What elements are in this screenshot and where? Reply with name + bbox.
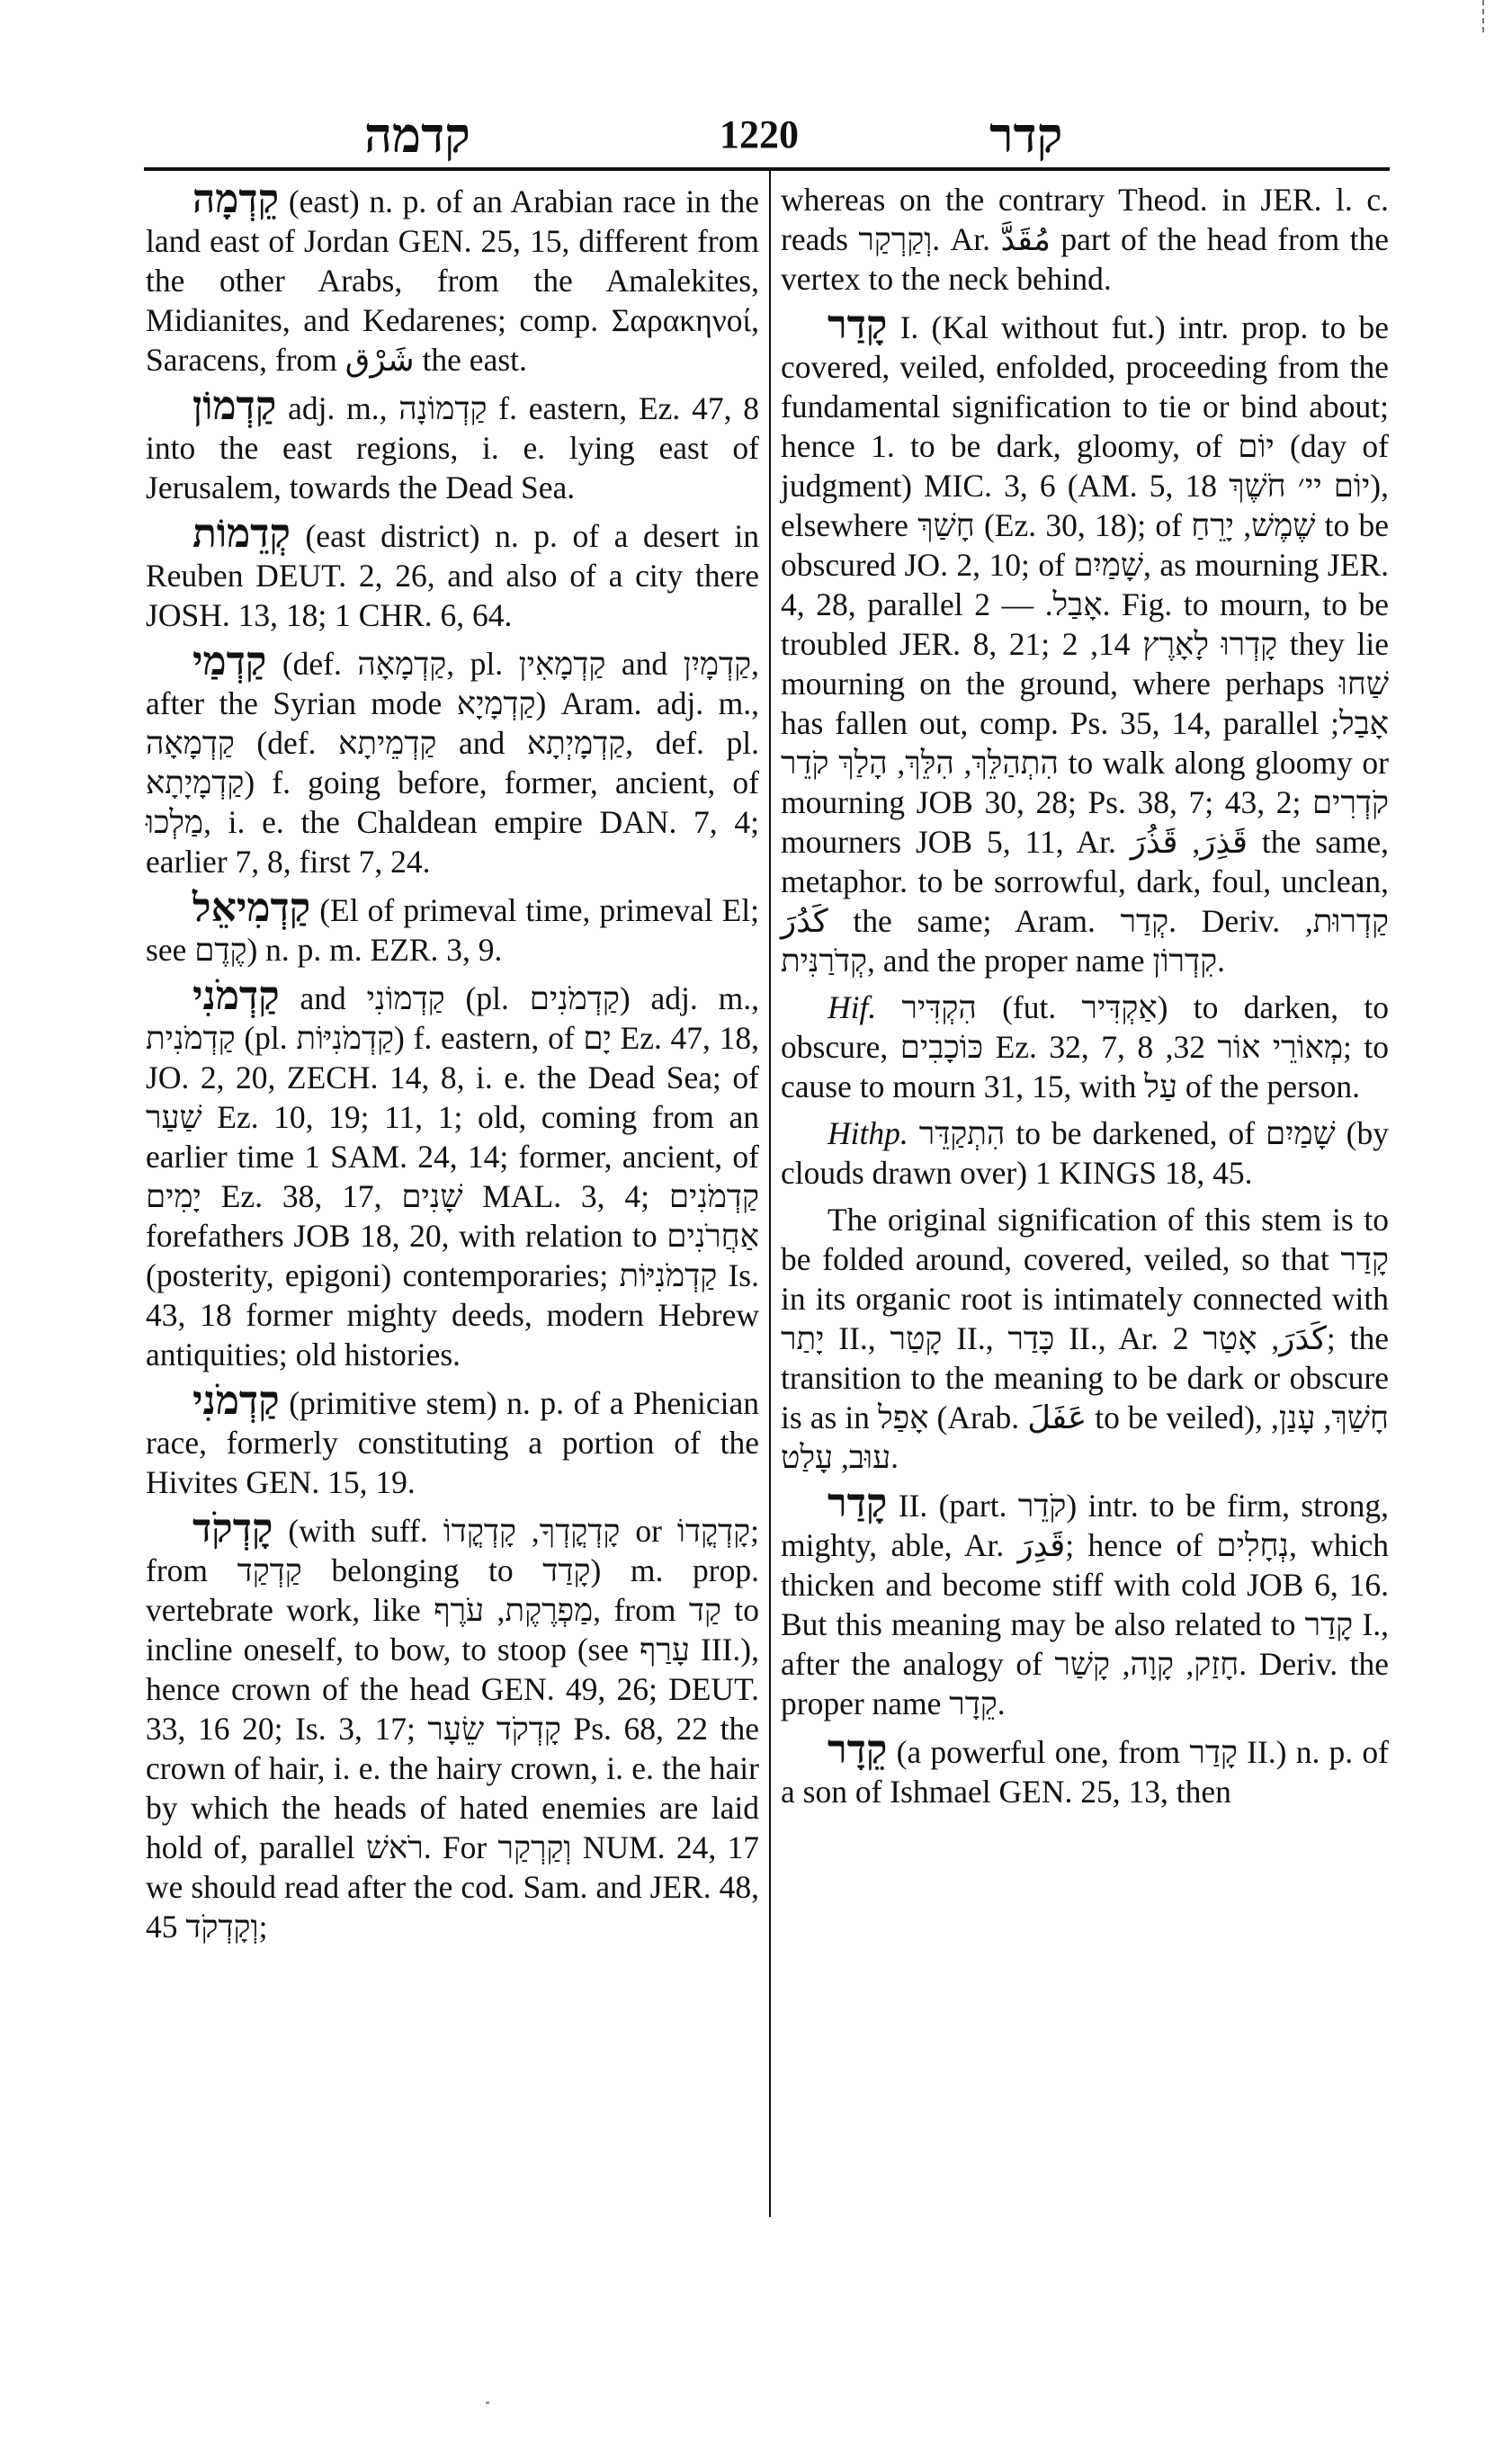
dictionary-entry: קָדַר II. (part. קֹדֵר) intr. to be firm… [781, 1484, 1389, 1723]
dictionary-entry: קַדְמֹנִי (primitive stem) n. p. of a Ph… [146, 1381, 759, 1502]
entry-headword: קַדְמֹנִי [192, 1378, 280, 1424]
dictionary-entry: קַדְמִיאֵל (El of primeval time, primeva… [146, 889, 759, 970]
entry-text: whereas on the contrary Theod. in JER. l… [781, 182, 1389, 297]
dictionary-subentry: Hif. הִקְדִּיר (fut. אַקְדִּיר) to darke… [781, 988, 1389, 1106]
entry-headword: קָדְקֹד [192, 1506, 273, 1551]
dictionary-entry-continuation: whereas on the contrary Theod. in JER. l… [781, 180, 1389, 299]
dictionary-entry: קֵדָר (a powerful one, from קָדַר II.) n… [781, 1730, 1389, 1811]
dictionary-subentry: Hithp. הִתְקַדֵּר to be darkened, of שָׁ… [781, 1113, 1389, 1193]
entry-text: I. (Kal without fut.) intr. prop. to be … [781, 309, 1389, 979]
entry-headword: קָדַר [828, 302, 887, 348]
dictionary-entry: קֵדְמָה (east) n. p. of an Arabian race … [146, 180, 759, 380]
dictionary-entry: קַדְמוֹן adj. m., קַדְמוֹנָה f. eastern,… [146, 387, 759, 507]
header-left-headword: קדמה [364, 106, 470, 164]
stem-label: Hif. [828, 989, 876, 1025]
entry-headword: קַדְמִיאֵל [192, 885, 310, 931]
page-number: 1220 [720, 112, 799, 157]
entry-headword: קַדְמַי [192, 639, 266, 684]
right-column: whereas on the contrary Theod. in JER. l… [781, 180, 1389, 1819]
dictionary-entry: קָדַר I. (Kal without fut.) intr. prop. … [781, 306, 1389, 980]
dictionary-entry: קַדְמַי (def. קַדְמָאָה, pl. קַדְמָאִין … [146, 642, 759, 881]
dictionary-entry: קַדְמֹנִי and קַדְמוֹנִי (pl. קַדְמֹנִים… [146, 977, 759, 1374]
scan-edge-mark [1482, 0, 1486, 32]
scan-speck [486, 2401, 489, 2404]
entry-headword: קֵדָר [828, 1727, 887, 1773]
entry-headword: קַדְמוֹן [192, 383, 276, 429]
stem-label: Hithp. [828, 1115, 908, 1151]
entry-text: (with suff. קָדְקֳדְךָ, קָדְקֳדוֹ or קָד… [146, 1513, 759, 1945]
header-rule [144, 167, 1390, 171]
entry-headword: קָדַר [828, 1480, 887, 1526]
dictionary-entry: קָדְקֹד (with suff. קָדְקֳדְךָ, קָדְקֳדו… [146, 1509, 759, 1946]
entry-headword: קְדֵמוֹת [192, 511, 291, 557]
dictionary-note: The original signification of this stem … [781, 1200, 1389, 1477]
entry-text: The original signification of this stem … [781, 1202, 1389, 1475]
dictionary-entry: קְדֵמוֹת (east district) n. p. of a dese… [146, 514, 759, 635]
column-divider [769, 171, 771, 2217]
dictionary-page: קדמה 1220 קדר קֵדְמָה (east) n. p. of an… [0, 0, 1512, 2450]
entry-headword: קֵדְמָה [192, 176, 279, 222]
left-column: קֵדְמָה (east) n. p. of an Arabian race … [146, 180, 759, 1954]
entry-text: and קַדְמוֹנִי (pl. קַדְמֹנִים) adj. m.,… [146, 980, 759, 1373]
running-header: קדמה 1220 קדר [144, 106, 1390, 169]
header-right-headword: קדר [989, 106, 1062, 164]
entry-headword: קַדְמֹנִי [192, 973, 280, 1019]
